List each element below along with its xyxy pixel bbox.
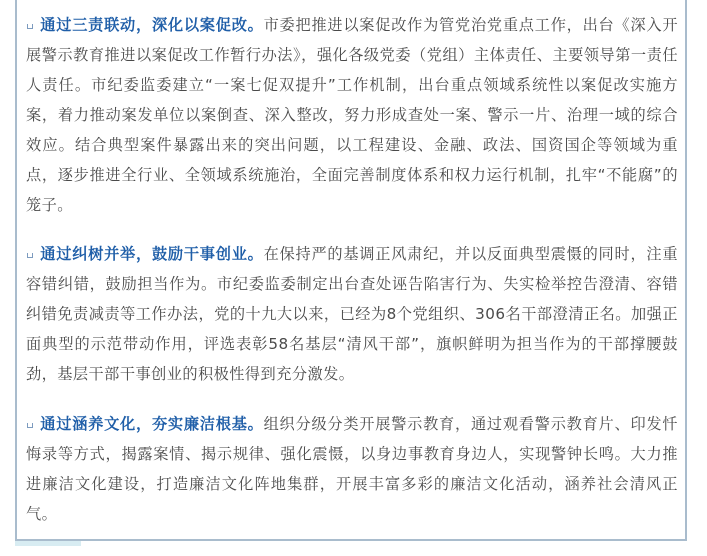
square-bullet-icon xyxy=(27,253,33,258)
section-paragraph-3: 通过涵养文化，夯实廉洁根基。组织分级分类开展警示教育，通过观看警示教育片、印发忏… xyxy=(26,409,678,529)
square-bullet-icon xyxy=(27,423,33,428)
section-paragraph-1: 通过三责联动，深化以案促改。市委把推进以案促改作为管党治党重点工作，出台《深入开… xyxy=(26,10,678,220)
section-heading-1: 通过三责联动，深化以案促改。 xyxy=(40,16,264,34)
section-paragraph-2: 通过纠树并举，鼓励干事创业。在保持严的基调正风肃纪，并以反面典型震慑的同时，注重… xyxy=(26,239,678,389)
section-body-2: 在保持严的基调正风肃纪，并以反面典型震慑的同时，注重容错纠错，鼓励担当作为。市纪… xyxy=(26,245,678,383)
square-bullet-icon xyxy=(27,24,33,29)
frame-shadow-decoration xyxy=(15,541,81,546)
section-heading-2: 通过纠树并举，鼓励干事创业。 xyxy=(40,245,264,263)
article-content: 通过三责联动，深化以案促改。市委把推进以案促改作为管党治党重点工作，出台《深入开… xyxy=(26,10,678,529)
section-body-1: 市委把推进以案促改作为管党治党重点工作，出台《深入开展警示教育推进以案促改工作暂… xyxy=(26,16,678,214)
section-heading-3: 通过涵养文化，夯实廉洁根基。 xyxy=(40,415,264,433)
